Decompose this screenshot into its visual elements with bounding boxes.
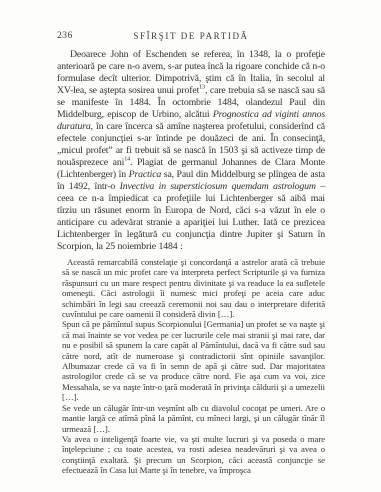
paragraph-main: Deoarece John of Eschenden se referea, î… — [57, 49, 325, 253]
running-title: SFÎRŞIT DE PARTIDĂ — [57, 31, 325, 41]
book-page: 236 SFÎRŞIT DE PARTIDĂ Deoarece John of … — [0, 0, 381, 492]
page-number: 236 — [57, 31, 73, 41]
quote-paragraph: Spun că pe pămîntul supus Scorpionului [… — [62, 319, 325, 402]
quote-paragraph: Va avea o inteligenţă foarte vie, va şti… — [62, 434, 325, 476]
quote-paragraph: Se vede un călugăr într-un veşmînt alb c… — [62, 403, 325, 434]
page-body: Deoarece John of Eschenden se referea, î… — [57, 49, 325, 476]
quote-paragraph: Această remarcabilă constelaţie şi conco… — [62, 257, 325, 319]
running-header: 236 SFÎRŞIT DE PARTIDĂ — [57, 31, 325, 43]
block-quote: Această remarcabilă constelaţie şi conco… — [62, 257, 325, 476]
